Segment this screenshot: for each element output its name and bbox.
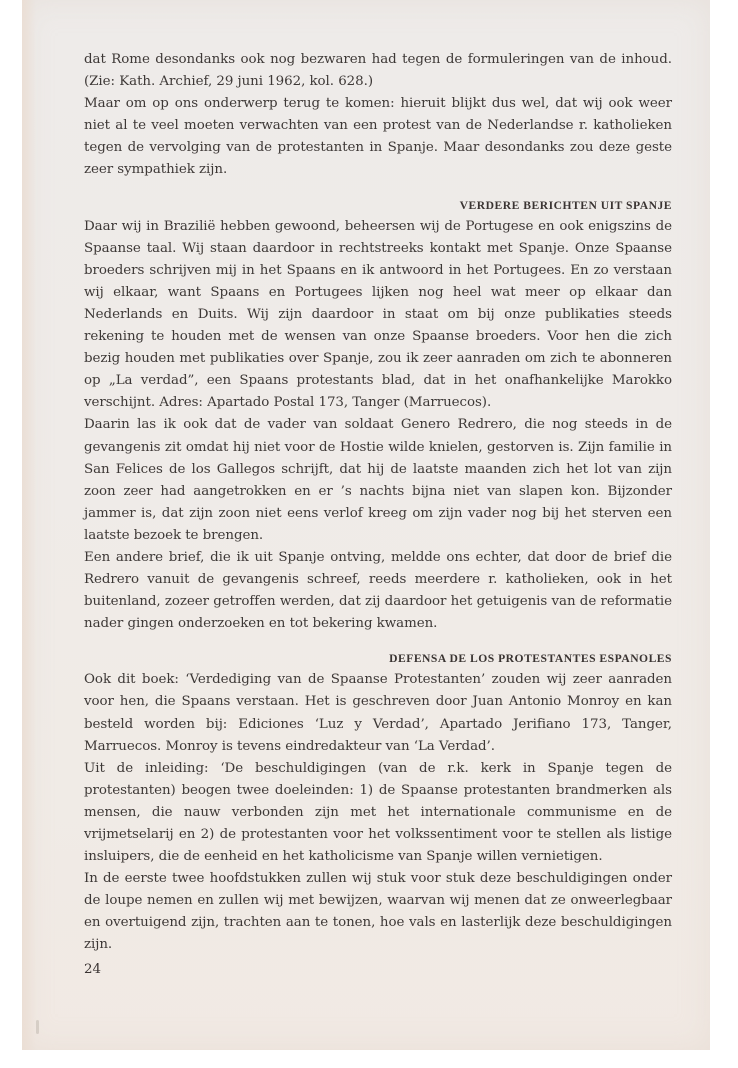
paragraph-hoofdstukken: In de eerste twee hoofdstukken zullen wi…	[84, 868, 672, 956]
paragraph-redrero-vader: Daarin las ik ook dat de vader van solda…	[84, 414, 672, 547]
paper-smudge	[36, 1020, 39, 1034]
paragraph-rome-bezwaren: dat Rome desondanks ook nog bezwaren had…	[84, 49, 672, 93]
section-heading-defensa: DEFENSA DE LOS PROTESTANTES ESPANOLES	[84, 649, 672, 669]
section-heading-verdere-berichten: VERDERE BERICHTEN UIT SPANJE	[84, 196, 672, 216]
page-number: 24	[84, 959, 672, 981]
paragraph-verdediging-boek: Ook dit boek: ‘Verdediging van de Spaans…	[84, 669, 672, 757]
paragraph-onderwerp: Maar om op ons onderwerp terug te komen:…	[84, 93, 672, 181]
scanned-book-page: dat Rome desondanks ook nog bezwaren had…	[22, 0, 710, 1050]
paragraph-andere-brief: Een andere brief, die ik uit Spanje ontv…	[84, 547, 672, 635]
paragraph-brazilie: Daar wij in Brazilië hebben gewoond, beh…	[84, 216, 672, 415]
text-column: dat Rome desondanks ook nog bezwaren had…	[84, 49, 672, 981]
paragraph-inleiding: Uit de inleiding: ‘De beschuldigingen (v…	[84, 758, 672, 868]
